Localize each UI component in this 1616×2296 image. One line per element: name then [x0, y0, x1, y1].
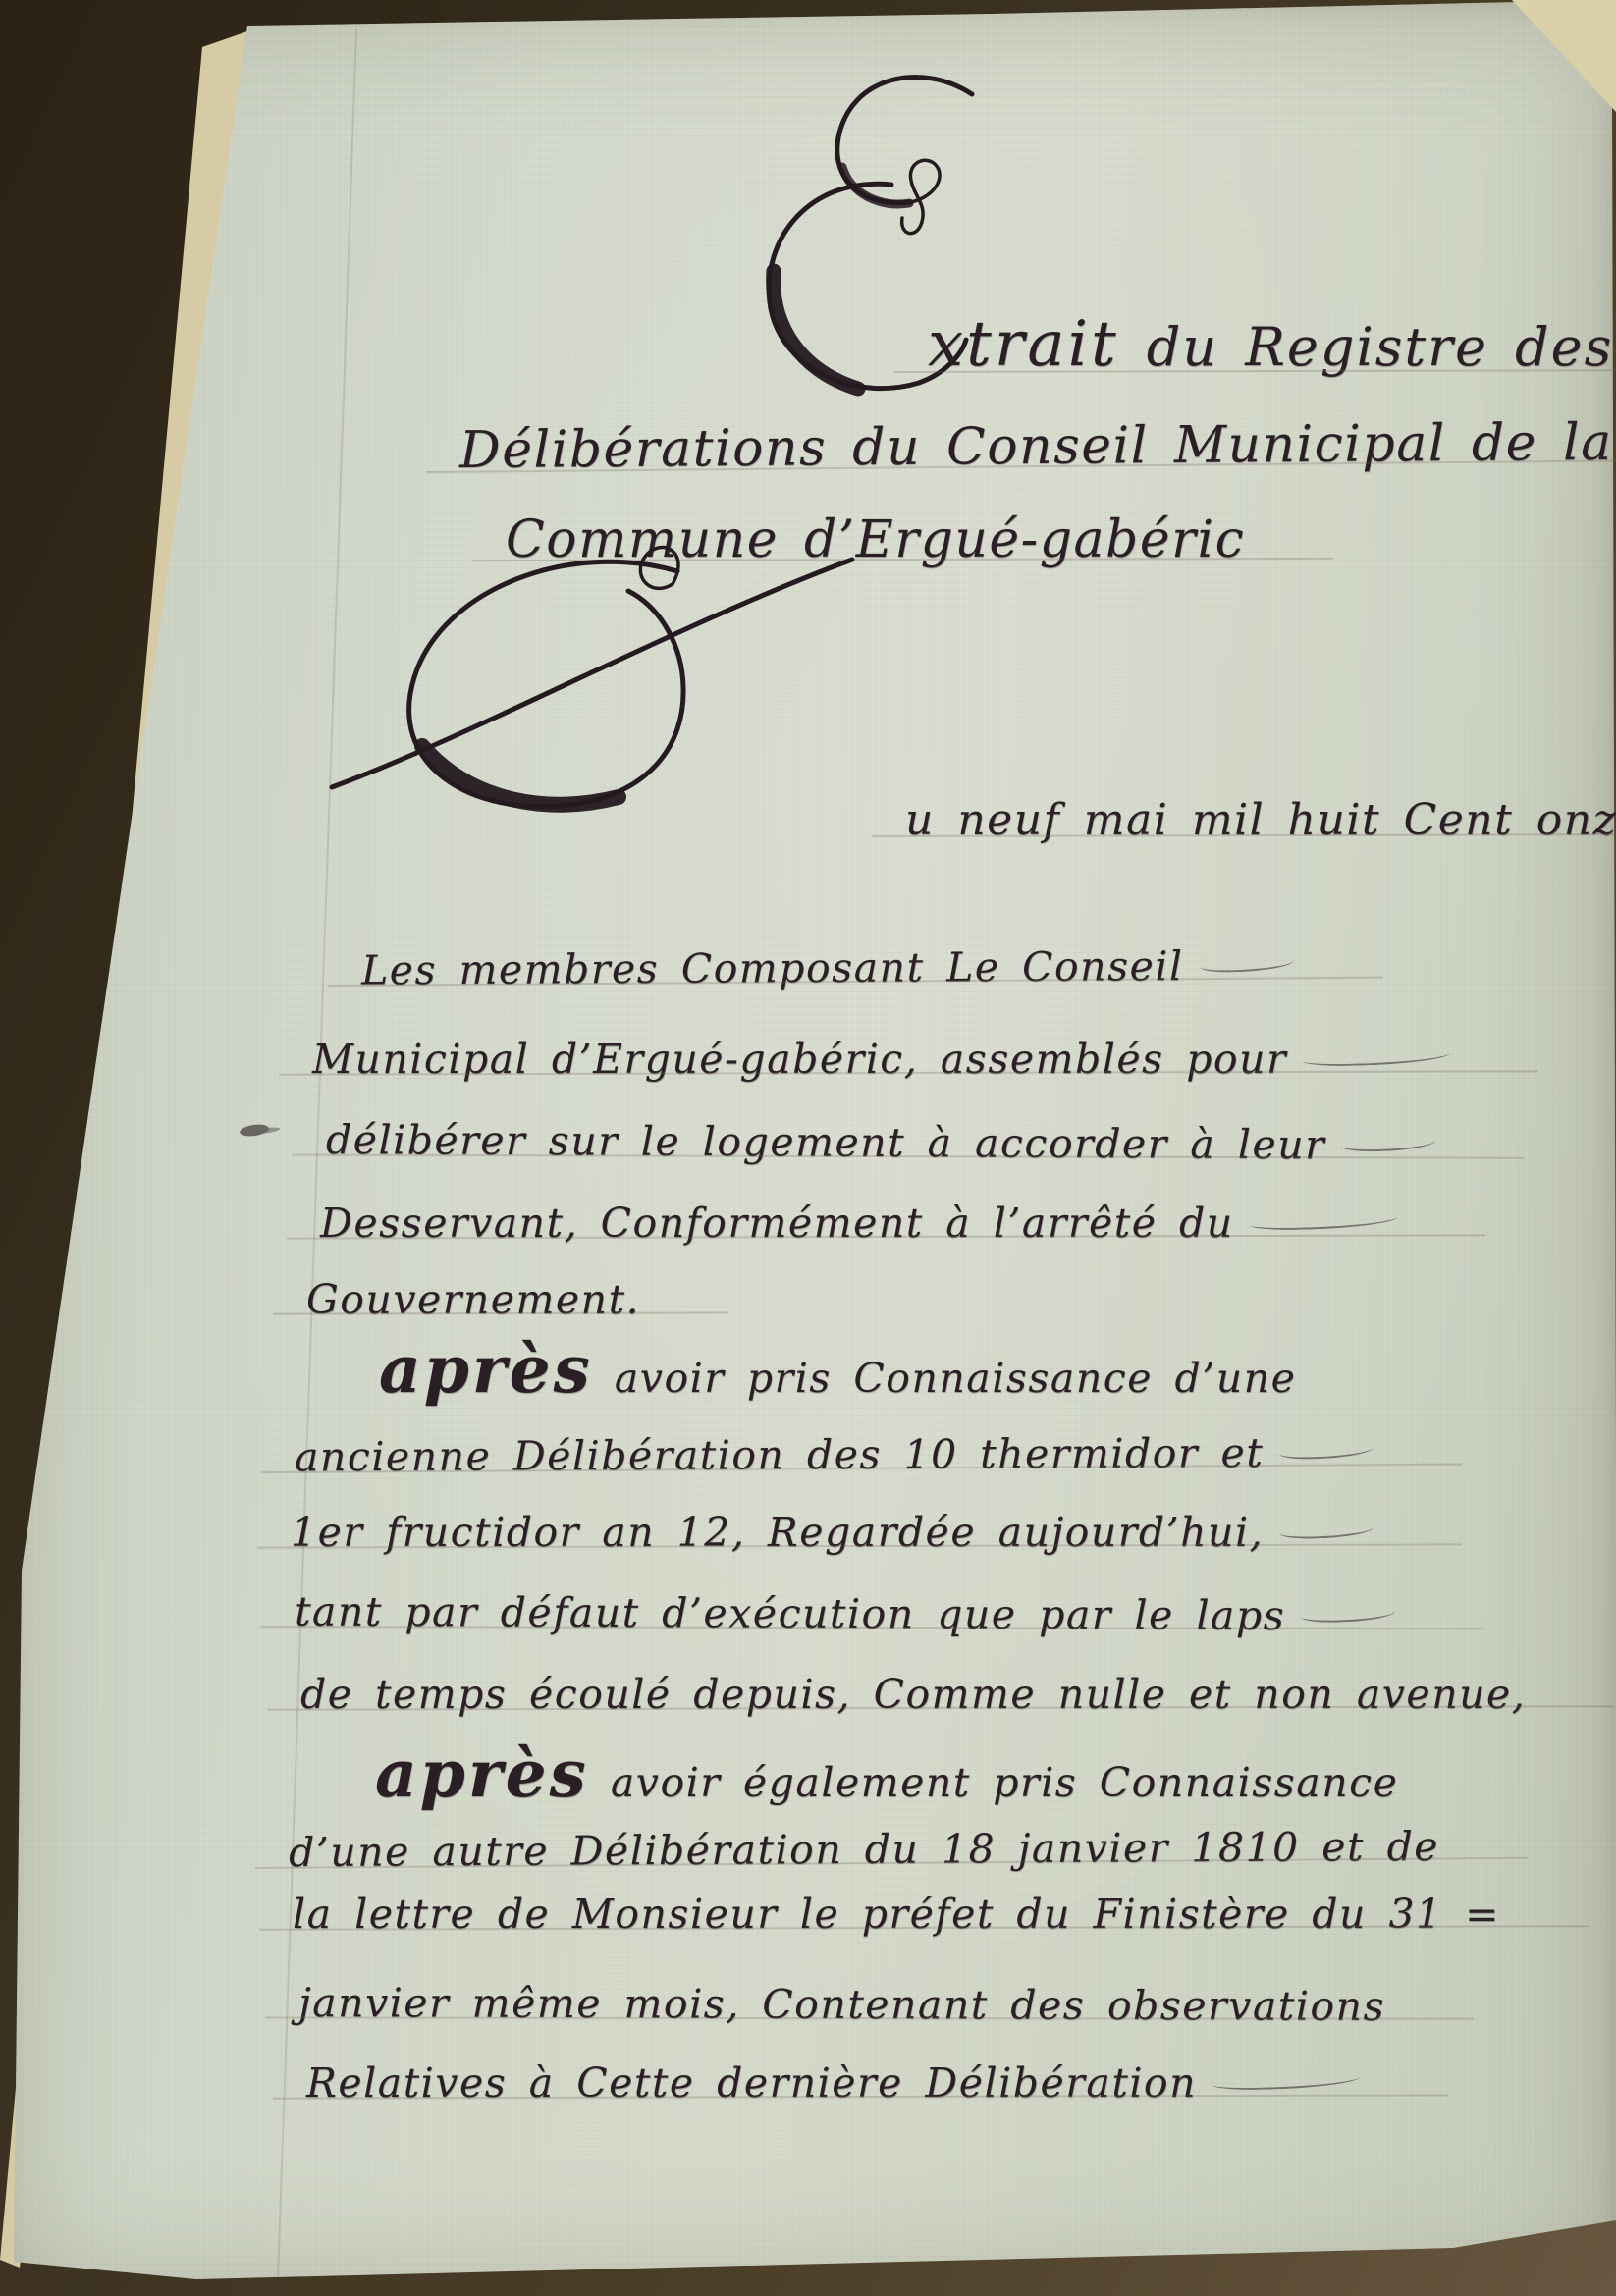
- body-line-text: Municipal d’Ergué-gabéric, assemblés pou…: [312, 1036, 1287, 1083]
- date-line: u neuf mai mil huit Cent onze: [905, 795, 1616, 845]
- body-line-text: ancienne Délibération des 10 thermidor e…: [295, 1429, 1264, 1480]
- title-word-extrait-rest: xtrait: [928, 308, 1119, 381]
- body-line: délibérer sur le logement à accorder à l…: [326, 1116, 1435, 1169]
- body-line-text: 1er fructidor an 12, Regardée aujourd’hu…: [291, 1509, 1264, 1556]
- title-line-2: Délibérations du Conseil Municipal de la: [459, 413, 1613, 480]
- body-line-text: de temps écoulé depuis, Comme nulle et n…: [300, 1671, 1526, 1718]
- body-line-text: d’une autre Délibération du 18 janvier 1…: [289, 1823, 1439, 1876]
- body-line: d’une autre Délibération du 18 janvier 1…: [289, 1823, 1439, 1876]
- manuscript-text: xtraitdu Registre des Délibérations du C…: [0, 0, 1616, 2296]
- body-line: janvier même mois, Contenant des observa…: [298, 1979, 1385, 2030]
- pen-flourish: [1279, 1521, 1374, 1539]
- body-line: Relatives à Cette dernière Délibération: [306, 2059, 1360, 2107]
- body-line: ancienne Délibération des 10 thermidor e…: [295, 1429, 1374, 1481]
- pen-flourish: [1249, 1210, 1396, 1231]
- body-line-text: Desservant, Conformément à l’arrêté du: [320, 1200, 1234, 1247]
- body-line-text: la lettre de Monsieur le préfet du Finis…: [293, 1891, 1500, 1938]
- body-line-text: Gouvernement.: [306, 1276, 640, 1323]
- pen-flourish: [1341, 1134, 1435, 1152]
- pen-flourish: [1301, 1605, 1395, 1624]
- body-line-apres-1: aprèsavoir pris Connaissance d’une: [379, 1331, 1296, 1408]
- body-line-text: Relatives à Cette dernière Délibération: [306, 2059, 1197, 2107]
- body-line: Desservant, Conformément à l’arrêté du: [320, 1200, 1397, 1247]
- body-line: tant par défaut d’exécution que par le l…: [295, 1588, 1395, 1640]
- pen-flourish: [1303, 1046, 1450, 1067]
- apres-lead-word: après: [375, 1735, 589, 1812]
- body-line: Les membres Composant Le Conseil: [361, 942, 1294, 994]
- title-line-2-text: Délibérations du Conseil Municipal de la: [459, 413, 1613, 480]
- body-line-apres-2: aprèsavoir également pris Connaissance: [375, 1735, 1398, 1812]
- body-line: Municipal d’Ergué-gabéric, assemblés pou…: [312, 1036, 1450, 1083]
- body-line-text: délibérer sur le logement à accorder à l…: [326, 1116, 1325, 1168]
- body-line-text: Les membres Composant Le Conseil: [361, 942, 1184, 993]
- body-line: de temps écoulé depuis, Comme nulle et n…: [300, 1671, 1526, 1718]
- date-line-text: u neuf mai mil huit Cent onze: [905, 795, 1616, 845]
- body-line: 1er fructidor an 12, Regardée aujourd’hu…: [291, 1509, 1374, 1556]
- pen-flourish: [1199, 954, 1294, 974]
- apres-lead-word: après: [379, 1331, 593, 1408]
- title-line-1-rest: du Registre des: [1147, 316, 1614, 378]
- pen-flourish: [1212, 2070, 1360, 2091]
- body-line-text: avoir également pris Connaissance: [611, 1759, 1399, 1806]
- body-line: Gouvernement.: [306, 1276, 640, 1323]
- ornamental-initial-d: [324, 530, 859, 825]
- title-line-1: xtraitdu Registre des: [928, 308, 1613, 381]
- body-line-text: tant par défaut d’exécution que par le l…: [295, 1588, 1285, 1639]
- body-line-text: avoir pris Connaissance d’une: [615, 1355, 1297, 1402]
- pen-flourish: [1279, 1441, 1374, 1461]
- body-line: la lettre de Monsieur le préfet du Finis…: [293, 1891, 1500, 1938]
- body-line-text: janvier même mois, Contenant des observa…: [298, 1979, 1385, 2030]
